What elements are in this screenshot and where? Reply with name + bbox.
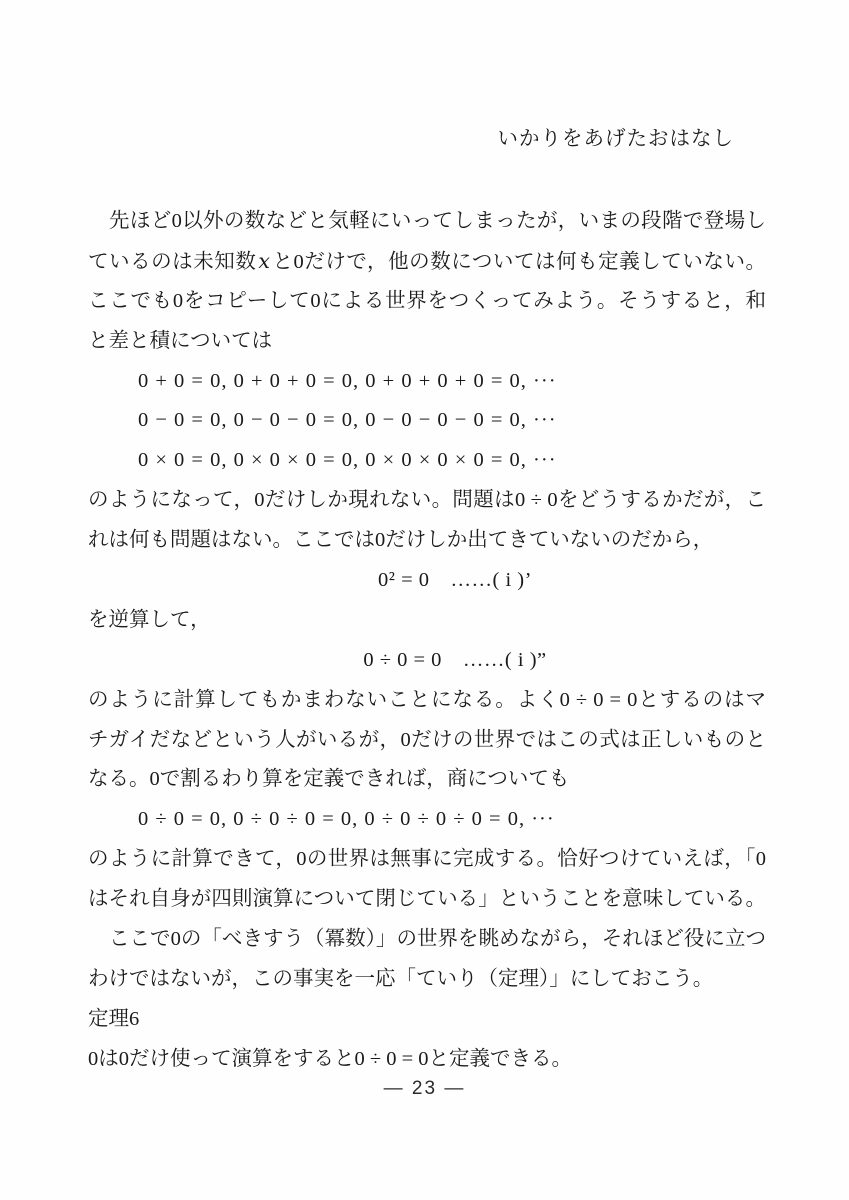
body-line-text: と0だけで，他の数については何も定義していない。 [272, 251, 766, 273]
body-line: なる。0で割るわり算を定義できれば，商についても [88, 760, 766, 800]
theorem-heading: 定理6 [88, 1000, 766, 1040]
variable-x: x [256, 249, 272, 273]
page-number: — 23 — [0, 1078, 849, 1100]
body-line: ここで0の「べきすう（冪数）」の世界を眺めながら，それほど役に立つ [88, 920, 766, 960]
body-line: のように計算できて，0の世界は無事に完成する。恰好つけていえば，「0 [88, 840, 766, 880]
body-line: はそれ自身が四則演算について閉じている」ということを意味している。 [88, 880, 766, 920]
equation-line-multiplication: 0 × 0 = 0, 0 × 0 × 0 = 0, 0 × 0 × 0 × 0 … [88, 441, 766, 481]
body-line: れは何も問題はない。ここでは0だけしか出てきていないのだから， [88, 521, 766, 561]
running-head-title: いかりをあげたおはなし [88, 126, 760, 152]
body-line: チガイだなどという人がいるが，0だけの世界ではこの式は正しいものと [88, 721, 766, 761]
theorem-statement: 0は0だけ使って演算をすると0 ÷ 0 = 0と定義できる。 [88, 1040, 766, 1080]
body-line: わけではないが，この事実を一応「ていり（定理）」にしておこう。 [88, 960, 766, 1000]
body-line: ここでも0をコピーして0による世界をつくってみよう。そうすると，和 [88, 282, 766, 322]
equation-line-addition: 0 + 0 = 0, 0 + 0 + 0 = 0, 0 + 0 + 0 + 0 … [88, 362, 766, 402]
equation-line-division: 0 ÷ 0 = 0, 0 ÷ 0 ÷ 0 = 0, 0 ÷ 0 ÷ 0 ÷ 0 … [88, 800, 766, 840]
body-line-text: ているのは未知数 [88, 251, 256, 273]
body-line: ているのは未知数xと0だけで，他の数については何も定義していない。 [88, 242, 766, 282]
display-equation-i-double-prime: 0 ÷ 0 = 0 ……( i )” [116, 641, 794, 681]
body-line: のように計算してもかまわないことになる。よく0 ÷ 0 = 0とするのはマ [88, 681, 766, 721]
body-line: を逆算して， [88, 601, 766, 641]
page-body: 先ほど0以外の数などと気軽にいってしまったが，いまの段階で登場し ているのは未知… [88, 202, 766, 1080]
equation-line-subtraction: 0 − 0 = 0, 0 − 0 − 0 = 0, 0 − 0 − 0 − 0 … [88, 401, 766, 441]
book-page: いかりをあげたおはなし 先ほど0以外の数などと気軽にいってしまったが，いまの段階… [0, 0, 849, 1200]
body-line: 先ほど0以外の数などと気軽にいってしまったが，いまの段階で登場し [88, 202, 766, 242]
body-line: のようになって，0だけしか現れない。問題は0 ÷ 0をどうするかだが，こ [88, 481, 766, 521]
body-line: と差と積については [88, 322, 766, 362]
display-equation-i-prime: 0² = 0 ……( i )’ [116, 561, 794, 601]
